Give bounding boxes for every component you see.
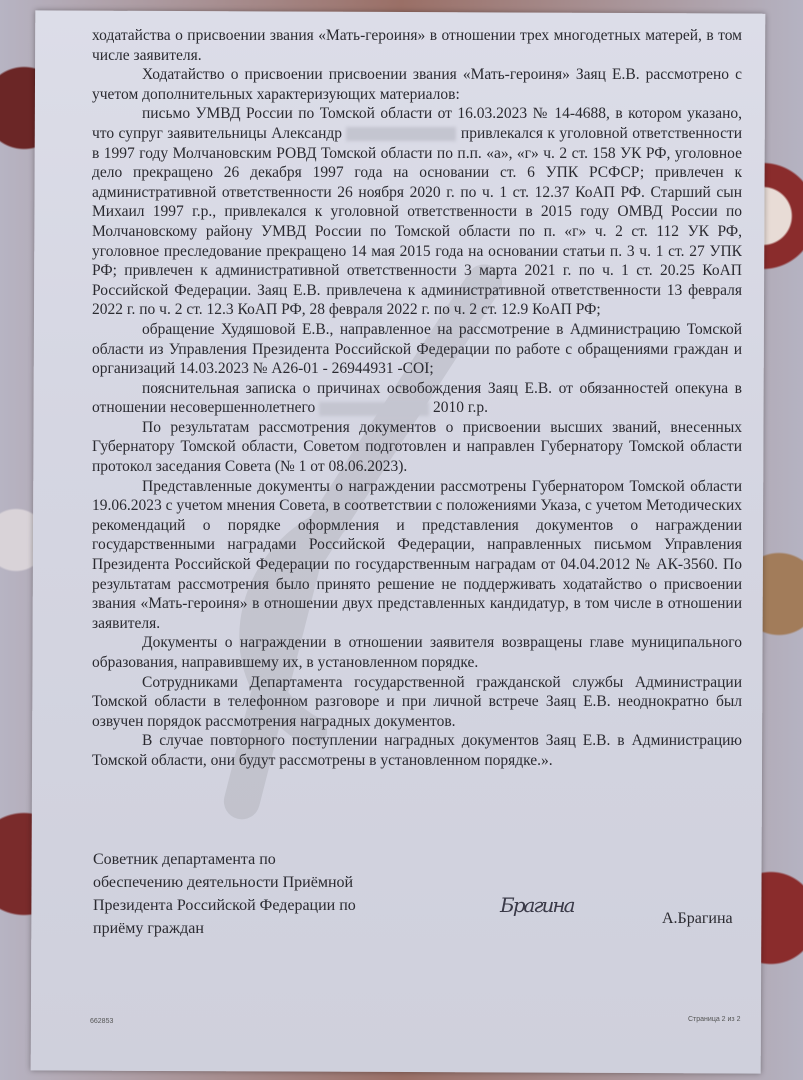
handwritten-signature: Брагина [500,893,574,917]
paragraph: ходатайства о присвоении звания «Мать-ге… [92,26,742,65]
redacted-name [346,127,456,141]
paragraph: Представленные документы о награждении р… [92,477,742,634]
paragraph: Сотрудниками Департамента государственно… [92,673,742,732]
position-line: приёму граждан [93,917,356,940]
paragraph: Ходатайство о присвоении присвоении зван… [92,65,742,104]
position-line: Советник департамента по [93,848,356,871]
paragraph: обращение Худяшовой Е.В., направленное н… [92,320,742,379]
paragraph: письмо УМВД России по Томской области от… [92,104,742,320]
signer-position: Советник департамента по обеспечению дея… [93,848,356,940]
paragraph: По результатам рассмотрения документов о… [92,418,742,477]
paragraph-text-continued: привлекался к уголовной ответственности … [92,125,742,318]
paragraph: пояснительная записка о причинах освобож… [92,379,742,418]
redacted-name [319,402,429,416]
document-body: ходатайства о присвоении звания «Мать-ге… [92,26,742,771]
paragraph: Документы о награждении в отношении заяв… [92,633,742,672]
page-number: Страница 2 из 2 [688,1016,740,1023]
paragraph-text-continued: 2010 г.р. [429,399,488,416]
position-line: обеспечению деятельности Приёмной [93,871,356,894]
position-line: Президента Российской Федерации по [93,894,356,917]
signer-name: А.Брагина [662,910,733,928]
document-number: 662853 [90,1018,113,1025]
paragraph: В случае повторного поступлении наградны… [92,731,742,770]
